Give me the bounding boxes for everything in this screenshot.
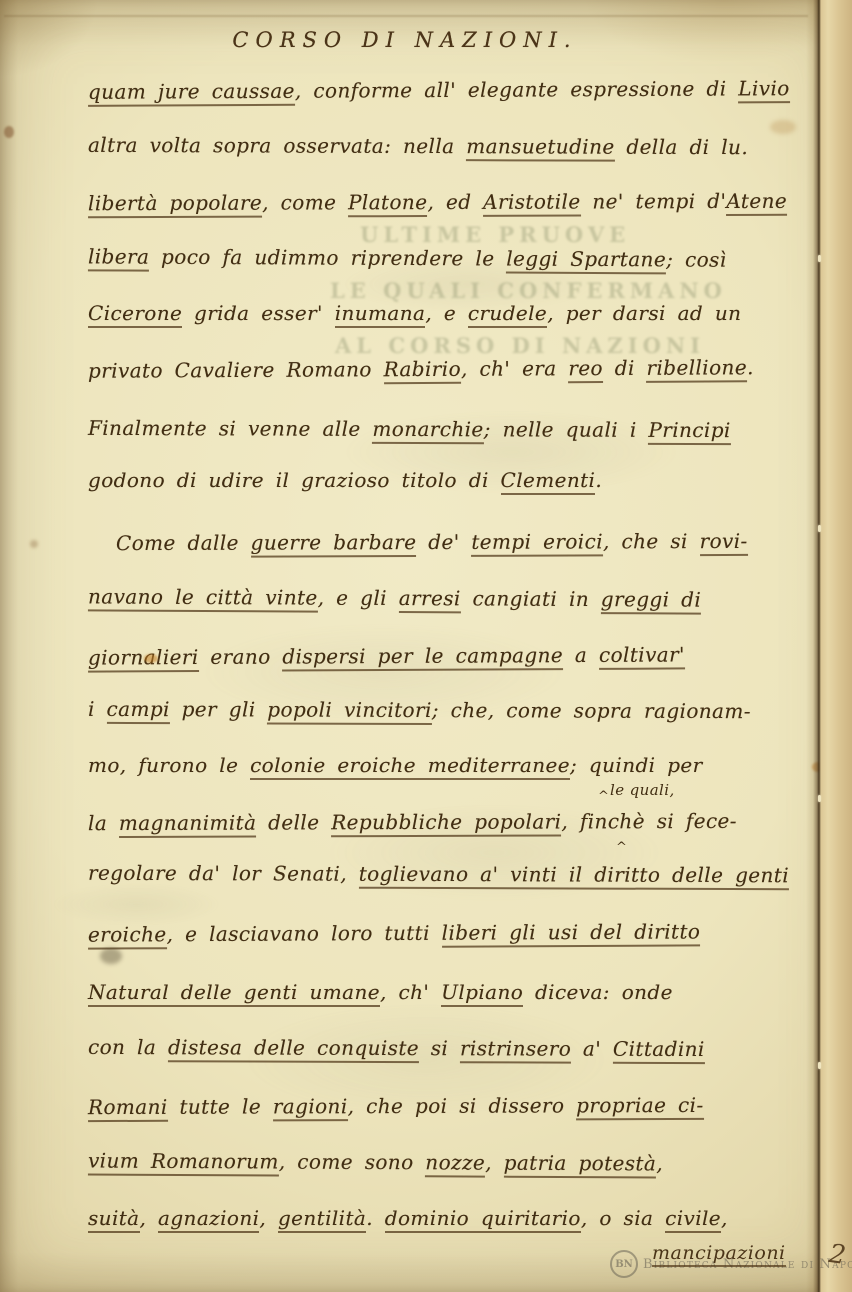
manuscript-line: mo, furono le colonie eroiche mediterran… — [88, 753, 703, 777]
bleedthrough-line: LE QUALI CONFERMANO — [330, 278, 727, 303]
manuscript-line: Come dalle guerre barbare de' tempi eroi… — [116, 529, 748, 555]
text-segment: diceva: onde — [523, 980, 673, 1004]
underlined-text-segment: libera — [88, 244, 149, 271]
underlined-text-segment: eroiche — [88, 922, 167, 949]
text-segment: , — [656, 1151, 663, 1175]
manuscript-line: quam jure caussae, conforme all' elegant… — [88, 76, 790, 104]
underlined-text-segment: mansuetudine — [466, 134, 614, 162]
underlined-text-segment: nozze — [425, 1150, 485, 1177]
underlined-text-segment: greggi di — [601, 587, 701, 615]
page-title: CORSO DI NAZIONI. — [0, 28, 810, 52]
text-segment: , ed — [427, 190, 483, 214]
library-monogram-icon: BN — [610, 1250, 638, 1278]
underlined-text-segment: gentilità — [278, 1206, 366, 1233]
underlined-text-segment: magnanimità — [119, 811, 257, 838]
underlined-text-segment: patria potestà — [504, 1151, 657, 1179]
text-segment: . — [595, 468, 602, 492]
text-segment: per gli — [170, 697, 268, 721]
underlined-text-segment: Cittadini — [613, 1037, 705, 1064]
underlined-text-segment: Natural delle genti umane — [88, 980, 380, 1007]
underlined-text-segment: liberi gli usi del diritto — [442, 919, 701, 947]
manuscript-line: Natural delle genti umane, ch' Ulpiano d… — [88, 980, 673, 1004]
underlined-text-segment: guerre barbare — [251, 530, 417, 558]
text-segment: a — [563, 643, 599, 667]
underlined-text-segment: reo — [568, 356, 603, 383]
manuscript-line: privato Cavaliere Romano Rabirio, ch' er… — [88, 355, 754, 382]
underlined-text-segment: toglievano a' vinti il diritto delle gen… — [359, 862, 789, 891]
text-segment: de' — [416, 530, 471, 554]
smudge-stain — [100, 948, 122, 964]
binding-stitch — [818, 255, 821, 262]
underlined-text-segment: Platone — [348, 190, 427, 217]
manuscript-line: altra volta sopra osservata: nella mansu… — [88, 133, 748, 159]
underlined-text-segment: Principi — [648, 418, 730, 445]
text-segment: , conforme all' elegante espressione di — [295, 76, 738, 102]
text-segment: , — [485, 1151, 504, 1175]
text-segment: Come dalle — [116, 531, 251, 555]
manuscript-line: vium Romanorum, come sono nozze, patria … — [88, 1148, 663, 1175]
underlined-text-segment: Repubbliche popolari — [331, 809, 561, 837]
binding-stitch — [818, 525, 821, 532]
text-segment: di — [603, 356, 647, 380]
text-segment: grida esser' — [182, 301, 334, 325]
text-segment: ; quindi per — [570, 753, 703, 777]
text-segment: , e gli — [318, 586, 399, 610]
catchword: mancipazioni — [652, 1242, 786, 1267]
text-segment: , ch' era — [461, 356, 568, 381]
foxing-spot — [30, 540, 38, 548]
binding-gutter — [806, 0, 852, 1292]
underlined-text-segment: Romani — [88, 1095, 168, 1122]
ink-stain — [4, 126, 14, 138]
underlined-text-segment: quam jure caussae — [88, 79, 295, 107]
manuscript-line: Cicerone grida esser' inumana, e crudele… — [88, 301, 741, 325]
underlined-text-segment: tempi eroici — [471, 529, 603, 556]
text-segment: , o sia — [581, 1206, 665, 1230]
underlined-text-segment: civile — [665, 1206, 721, 1233]
text-segment: , ch' — [380, 980, 441, 1004]
text-segment: la — [88, 811, 119, 835]
text-segment: i — [88, 697, 107, 721]
underlined-text-segment: Clementi — [501, 468, 596, 495]
manuscript-line: regolare da' lor Senati, toglievano a' v… — [88, 861, 789, 887]
text-segment: delle — [256, 810, 331, 834]
underlined-text-segment: inumana — [335, 301, 426, 328]
manuscript-line: la magnanimità delle Repubbliche popolar… — [88, 809, 737, 835]
bleedthrough-line: ULTIME PRUOVE — [360, 222, 630, 247]
underlined-text-segment: coltivar' — [599, 642, 685, 669]
underlined-text-segment: Ulpiano — [441, 980, 523, 1007]
underlined-text-segment: Atene — [726, 189, 787, 216]
foxing-spot — [770, 120, 796, 134]
text-segment: , che poi si dissero — [348, 1093, 577, 1118]
text-segment: , che si — [603, 529, 700, 553]
underlined-text-segment: Cicerone — [88, 301, 182, 328]
underlined-text-segment: rovi- — [700, 529, 748, 556]
underlined-text-segment: arresi — [399, 586, 461, 613]
underlined-text-segment: ragioni — [273, 1094, 348, 1121]
underlined-text-segment: ristrinsero — [460, 1036, 571, 1063]
manuscript-line: suità, agnazioni, gentilità. dominio qui… — [88, 1206, 728, 1230]
underlined-text-segment: ribellione — [646, 355, 747, 383]
binding-stitch — [818, 795, 821, 802]
paper-crease — [4, 15, 808, 17]
text-segment: altra volta sopra osservata: nella — [88, 133, 466, 158]
text-segment: cangiati in — [461, 586, 601, 611]
text-segment: , — [721, 1206, 728, 1230]
text-segment: . — [366, 1206, 385, 1230]
manuscript-line: Romani tutte le ragioni, che poi si diss… — [88, 1093, 704, 1119]
text-segment: si — [419, 1036, 460, 1060]
text-segment: ; che, come sopra ragionam- — [432, 698, 751, 723]
text-segment: , — [140, 1206, 159, 1230]
underlined-text-segment: Livio — [738, 76, 790, 103]
text-segment: , — [259, 1206, 278, 1230]
underlined-text-segment: libertà popolare — [88, 191, 262, 219]
manuscript-line: eroiche, e lasciavano loro tutti liberi … — [88, 919, 700, 946]
text-segment: , come — [262, 190, 348, 214]
underlined-text-segment: dominio quiritario — [385, 1206, 581, 1233]
manuscript-line: libertà popolare, come Platone, ed Arist… — [88, 189, 787, 215]
manuscript-line: godono di udire il grazioso titolo di Cl… — [88, 468, 602, 492]
interlinear-insertion: le quali, — [610, 781, 675, 799]
underlined-text-segment: dispersi per le campagne — [282, 643, 563, 671]
text-segment: mo, furono le — [88, 753, 250, 777]
text-segment: . — [747, 355, 754, 379]
underlined-text-segment: Rabirio — [383, 357, 461, 384]
bleedthrough-line: AL CORSO DI NAZIONI — [335, 333, 705, 358]
text-segment: tutte le — [168, 1094, 273, 1118]
text-segment: ; nelle quali i — [484, 417, 649, 442]
text-segment: , finchè si fece- — [561, 809, 737, 834]
text-segment: Finalmente si venne alle — [88, 416, 372, 441]
underlined-text-segment: campi — [107, 697, 170, 724]
text-segment: , per darsi ad un — [547, 301, 741, 325]
text-segment: a' — [571, 1037, 613, 1061]
underlined-text-segment: distesa delle conquiste — [168, 1035, 419, 1063]
text-segment: privato Cavaliere Romano — [88, 357, 384, 383]
underlined-text-segment: giornalieri — [88, 645, 199, 673]
text-segment: della di lu. — [615, 135, 749, 159]
underlined-text-segment: monarchie — [372, 417, 483, 444]
underlined-text-segment: navano le città vinte — [88, 584, 318, 612]
underlined-text-segment: Aristotile — [483, 190, 581, 217]
insertion-caret: ^ — [598, 789, 609, 804]
underlined-text-segment: popoli vincitori — [267, 697, 432, 725]
text-segment: ; così — [666, 247, 727, 271]
text-segment: con la — [88, 1035, 168, 1059]
manuscript-line: navano le città vinte, e gli arresi cang… — [88, 584, 701, 611]
underlined-text-segment: crudele — [468, 301, 547, 328]
underlined-text-segment: leggi Spartane — [506, 247, 666, 275]
text-segment: regolare da' lor Senati, — [88, 861, 359, 886]
underlined-text-segment: colonie eroiche mediterranee — [250, 753, 570, 780]
manuscript-line: Finalmente si venne alle monarchie; nell… — [88, 416, 731, 442]
binding-stitch — [818, 1062, 821, 1069]
text-segment: erano — [199, 645, 283, 669]
underlined-text-segment: vium Romanorum — [88, 1148, 279, 1176]
underlined-text-segment: agnazioni — [158, 1206, 259, 1233]
manuscript-line: i campi per gli popoli vincitori; che, c… — [88, 697, 751, 723]
text-segment: , e lasciavano loro tutti — [167, 921, 442, 946]
text-segment: , e — [425, 301, 468, 325]
underlined-text-segment: propriae ci- — [576, 1093, 704, 1120]
insertion-caret-below: ^ — [616, 840, 627, 855]
manuscript-line: con la distesa delle conquiste si ristri… — [88, 1035, 705, 1061]
manuscript-line: libera poco fa udimmo riprendere le legg… — [88, 244, 727, 271]
text-segment: poco fa udimmo riprendere le — [149, 245, 506, 271]
manuscript-page: CORSO DI NAZIONI. ULTIME PRUOVELE QUALI … — [0, 0, 852, 1292]
text-segment: , come sono — [279, 1149, 426, 1174]
text-segment: godono di udire il grazioso titolo di — [88, 468, 501, 492]
text-segment: ne' tempi d' — [581, 189, 727, 214]
underlined-text-segment: suità — [88, 1206, 140, 1233]
manuscript-line: giornalieri erano dispersi per le campag… — [88, 642, 685, 669]
